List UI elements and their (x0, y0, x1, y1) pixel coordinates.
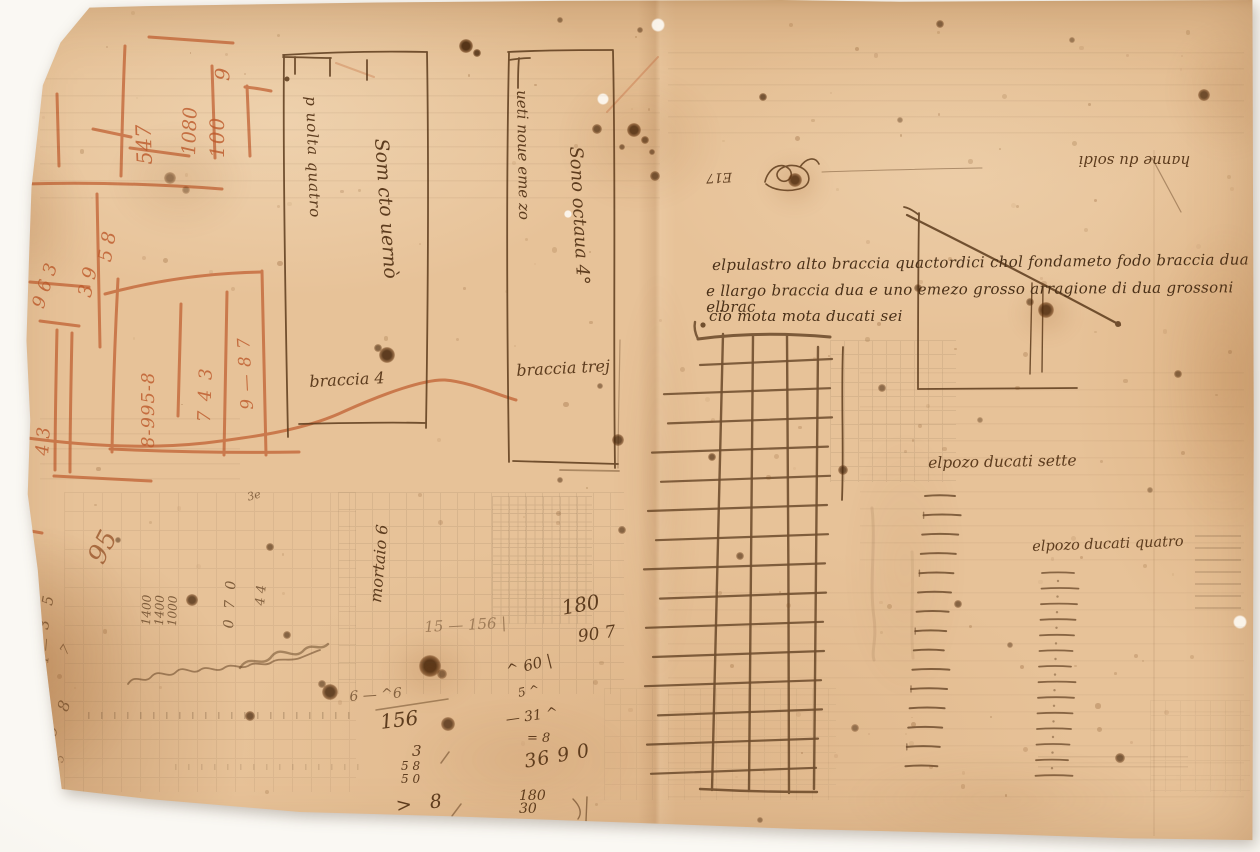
tally-dot (1054, 673, 1056, 675)
folio-number: 75 (28, 2, 60, 29)
ladder-rung (664, 388, 830, 394)
tally-mark-sette (918, 592, 951, 593)
tally-mark-quatro (1037, 728, 1071, 729)
tally-dot (1053, 689, 1055, 691)
scrawled-lines (128, 644, 328, 684)
ladder-rung (651, 768, 816, 774)
ladder-rung (646, 622, 823, 628)
tally-mark-sette (907, 746, 940, 747)
ink-and-chalk-drawings (0, 0, 1260, 852)
corner-and-diagonal (842, 158, 1181, 500)
chalk-box-top (105, 272, 262, 294)
tally-dot (1057, 580, 1059, 582)
chalk-box-bottom (110, 449, 299, 452)
tally-mark-quatro (1041, 604, 1077, 605)
tally-mark-quatro (1042, 572, 1074, 573)
tally-mark-quatro (1040, 650, 1073, 651)
tally-mark-quatro (1039, 666, 1071, 667)
tally-mark-quatro (1040, 635, 1074, 636)
tally-mark-quatro (1038, 697, 1074, 698)
tally-mark-quatro (1036, 775, 1073, 776)
manuscript-sheet-wrap: 75 9 100 1080 547 5 8 3 9 9 6 3 4 3 8-99… (0, 0, 1260, 852)
tally-mark-sette (915, 630, 946, 631)
measured-rectangle-left (283, 52, 428, 437)
tally-mark-sette (925, 495, 955, 496)
tally-mark-quatro (1038, 713, 1073, 714)
tally-dot (1052, 736, 1054, 738)
paper-speck (40, 751, 43, 754)
tally-mark-quatro (1036, 760, 1068, 761)
ladder-rung (656, 534, 828, 540)
flipped-note-line-and-doodle (765, 159, 982, 190)
ink-spot (20, 693, 30, 703)
chalk-wavy-line (20, 380, 516, 446)
ladder-rung (660, 593, 826, 599)
tally-dot (1051, 767, 1053, 769)
tally-mark-quatro (1037, 744, 1070, 745)
tally-mark-sette (910, 708, 945, 709)
ladder-rung (661, 476, 830, 482)
tally-dot (1052, 720, 1054, 722)
tally-dot (1055, 642, 1057, 644)
ladder-rung (648, 505, 827, 511)
tally-mark-sette (922, 534, 958, 535)
tally-mark-sette (921, 553, 956, 554)
ladder-rung (658, 709, 822, 715)
tally-dot (1053, 705, 1055, 707)
ladder-rung (652, 447, 828, 453)
tally-mark-sette (912, 669, 949, 670)
red-chalk-strokes (8, 37, 658, 533)
tally-mark-sette (924, 515, 961, 516)
tally-dot (1056, 595, 1058, 597)
manuscript-sheet: 75 9 100 1080 547 5 8 3 9 9 6 3 4 3 8-99… (0, 0, 1260, 852)
measured-rectangle-right (507, 50, 620, 471)
ghost-squiggles (872, 508, 913, 660)
tally-mark-sette (919, 572, 953, 573)
tally-dot (1056, 611, 1058, 613)
tally-dot (1055, 627, 1057, 629)
chalk-box-left (112, 279, 118, 452)
ladder-rung (647, 739, 818, 745)
ladder-rung (700, 359, 832, 365)
tally-mark-sette (911, 688, 947, 689)
ladder-rung (645, 680, 821, 686)
tally-mark-sette (908, 727, 942, 728)
ladder-rung (653, 651, 824, 657)
brown-ink-strokes (128, 50, 1181, 821)
ladder-rung (644, 563, 825, 569)
tally-mark-quatro (1039, 682, 1076, 683)
ladder-rung (668, 417, 832, 423)
tally-dot (1054, 658, 1056, 660)
tally-mark-quatro (1041, 619, 1076, 620)
chalk-box-right (262, 271, 266, 455)
tally-dot (1051, 751, 1053, 753)
tally-mark-sette (905, 765, 937, 766)
small-marks (376, 322, 706, 821)
tally-mark-sette (917, 611, 949, 612)
tally-mark-quatro (1042, 588, 1079, 589)
tally-mark-sette (914, 650, 944, 651)
